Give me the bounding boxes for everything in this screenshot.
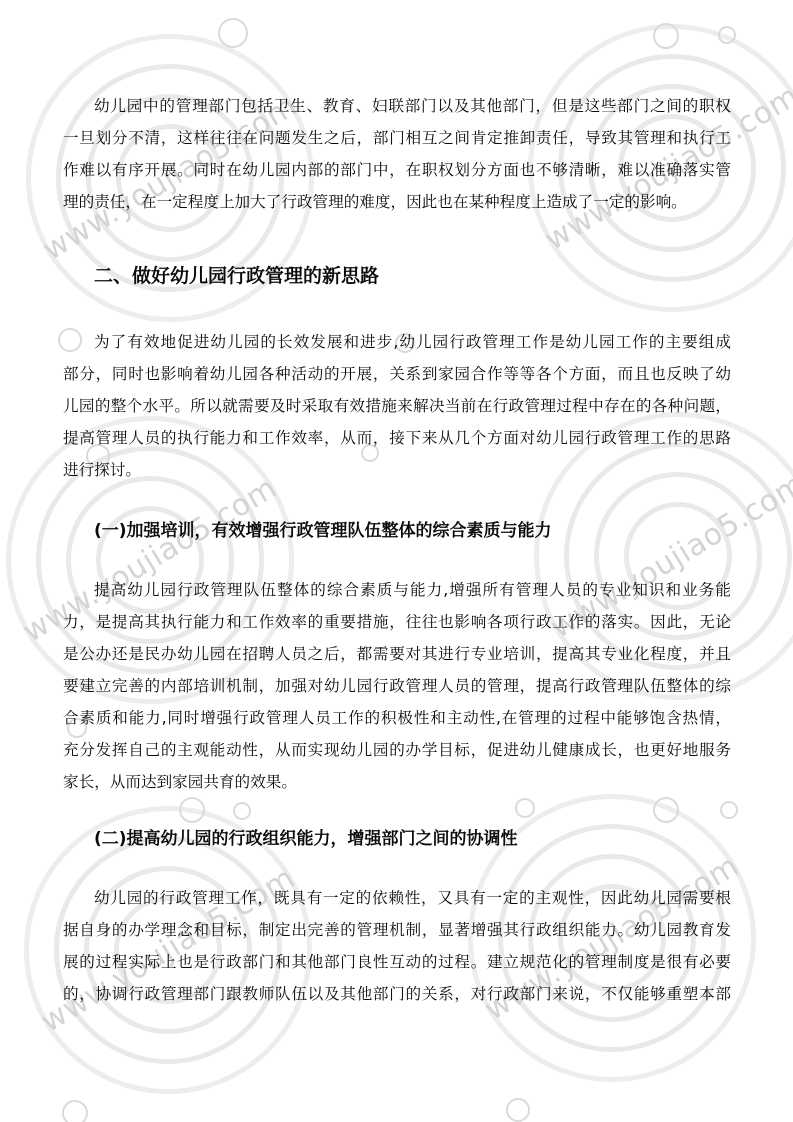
watermark-circle-icon: [62, 1100, 88, 1122]
text-line: 提高幼儿园行政管理队伍整体的综合素质与能力,增强所有管理人员的专业知识和业务能: [63, 574, 731, 606]
text-line: 充分发挥自己的主观能动性，从而实现幼儿园的办学目标，促进幼儿健康成长，也更好地服…: [63, 734, 731, 766]
watermark-circle-icon: [506, 1098, 530, 1122]
text-line: 要建立完善的内部培训机制，加强对幼儿园行政管理人员的管理，提高行政管理队伍整体的…: [63, 670, 731, 702]
text-line: 一旦划分不清，这样往往在问题发生之后，部门相互之间肯定推卸责任，导致其管理和执行…: [63, 122, 731, 154]
document-page: www.youjiao5.com www.youjiao5.com www.yo…: [0, 0, 793, 1122]
text-line: 展的过程实际上也是行政部门和其他部门良性互动的过程。建立规范化的管理制度是很有必…: [63, 946, 731, 978]
sub-heading-1: (一)加强培训，有效增强行政管理队伍整体的综合素质与能力: [63, 518, 731, 544]
paragraph-2: 为了有效地促进幼儿园的长效发展和进步,幼儿园行政管理工作是幼儿园工作的主要组成部…: [63, 326, 731, 486]
text-line: 据自身的办学理念和目标，制定出完善的管理机制，显著增强其行政组织能力。幼儿园教育…: [63, 914, 731, 946]
text-line: 理的责任，在一定程度上加大了行政管理的难度，因此也在某种程度上造成了一定的影响。: [63, 186, 731, 218]
text-line: 幼儿园中的管理部门包括卫生、教育、妇联部门以及其他部门，但是这些部门之间的职权: [63, 90, 731, 122]
paragraph-1: 幼儿园中的管理部门包括卫生、教育、妇联部门以及其他部门，但是这些部门之间的职权一…: [63, 90, 731, 218]
text-line: 幼儿园的行政管理工作，既具有一定的依赖性，又具有一定的主观性，因此幼儿园需要根: [63, 882, 731, 914]
text-line: 部分，同时也影响着幼儿园各种活动的开展，关系到家园合作等等各个方面，而且也反映了…: [63, 358, 731, 390]
text-line: 是公办还是民办幼儿园在招聘人员之后，都需要对其进行专业培训，提高其专业化程度，并…: [63, 638, 731, 670]
text-line: 家长，从而达到家园共育的效果。: [63, 766, 731, 798]
sub-heading-2: (二)提高幼儿园的行政组织能力，增强部门之间的协调性: [63, 826, 731, 852]
text-line: 作难以有序开展。同时在幼儿园内部的部门中，在职权划分方面也不够清晰，难以准确落实…: [63, 154, 731, 186]
text-line: 力，是提高其执行能力和工作效率的重要措施，往往也影响各项行政工作的落实。因此，无…: [63, 606, 731, 638]
text-line: 进行探讨。: [63, 454, 731, 486]
section-heading: 二、做好幼儿园行政管理的新思路: [63, 262, 731, 290]
document-content: 幼儿园中的管理部门包括卫生、教育、妇联部门以及其他部门，但是这些部门之间的职权一…: [63, 0, 731, 1010]
text-line: 的，协调行政管理部门跟教师队伍以及其他部门的关系，对行政部门来说，不仅能够重塑本…: [63, 978, 731, 1010]
paragraph-3: 提高幼儿园行政管理队伍整体的综合素质与能力,增强所有管理人员的专业知识和业务能力…: [63, 574, 731, 798]
text-line: 合素质和能力,同时增强行政管理人员工作的积极性和主动性,在管理的过程中能够饱含热…: [63, 702, 731, 734]
paragraph-4: 幼儿园的行政管理工作，既具有一定的依赖性，又具有一定的主观性，因此幼儿园需要根据…: [63, 882, 731, 1010]
text-line: 儿园的整个水平。所以就需要及时采取有效措施来解决当前在行政管理过程中存在的各种问…: [63, 390, 731, 422]
text-line: 提高管理人员的执行能力和工作效率，从而，接下来从几个方面对幼儿园行政管理工作的思…: [63, 422, 731, 454]
text-line: 为了有效地促进幼儿园的长效发展和进步,幼儿园行政管理工作是幼儿园工作的主要组成: [63, 326, 731, 358]
